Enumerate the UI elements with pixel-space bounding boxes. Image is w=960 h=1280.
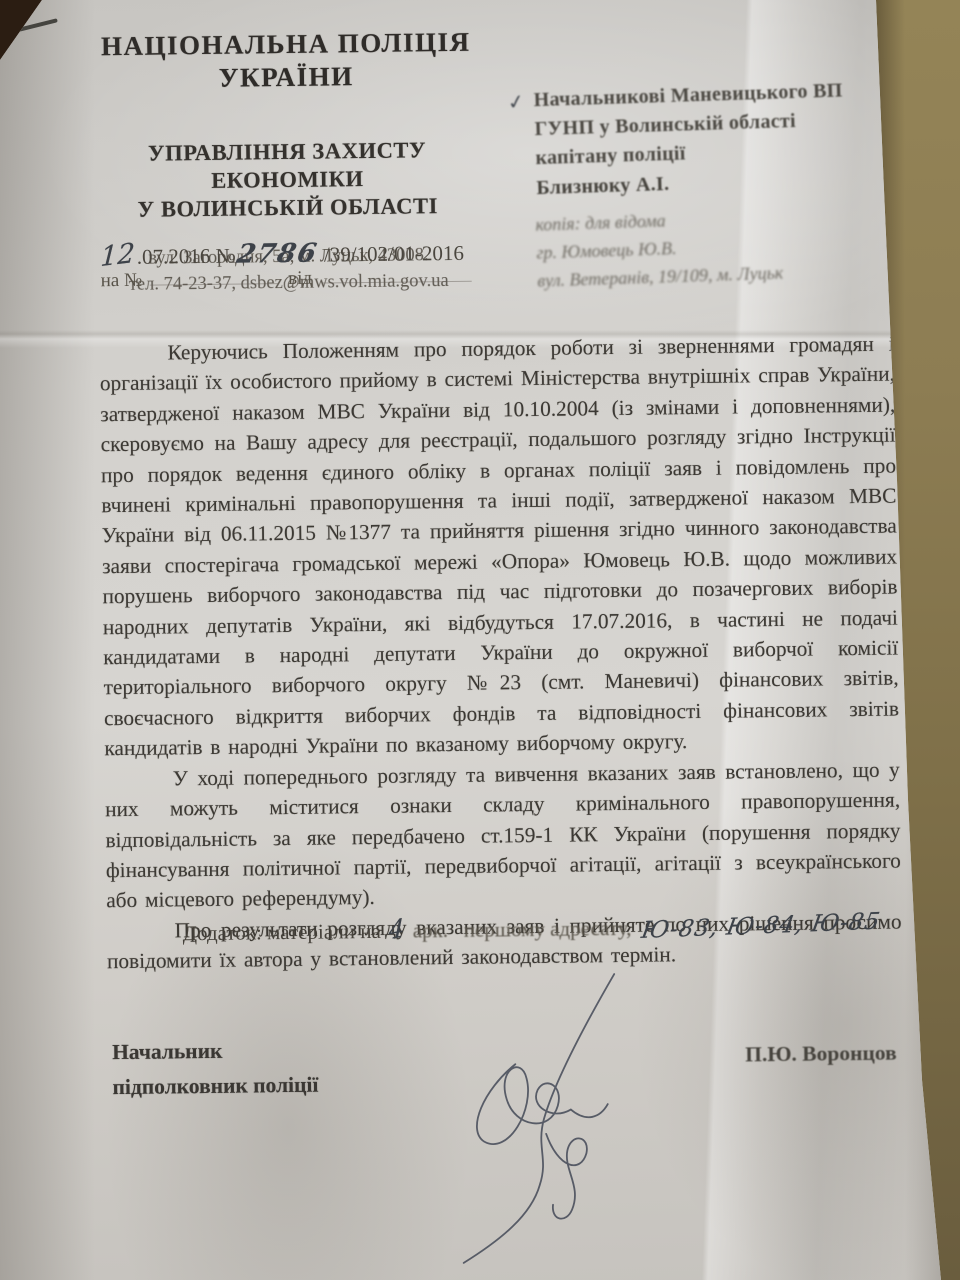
org-name-line1: НАЦІОНАЛЬНА ПОЛІЦІЯ bbox=[98, 26, 474, 64]
handwritten-outgoing-number: 2786 bbox=[235, 239, 321, 270]
org-name-line2: УКРАЇНИ bbox=[98, 59, 474, 97]
reply-prefix: на № bbox=[101, 270, 143, 292]
department-line1: УПРАВЛІННЯ ЗАХИСТУ ЕКОНОМІКИ bbox=[99, 136, 476, 197]
reply-vid-label: від bbox=[288, 268, 312, 289]
copy-block: копія: для відома гр. Юмовець Ю.В. вул. … bbox=[535, 199, 898, 295]
body-paragraph-2: У ході попереднього розгляду та вивчення… bbox=[105, 754, 902, 916]
paper-sheet: НАЦІОНАЛЬНА ПОЛІЦІЯ УКРАЇНИ УПРАВЛІННЯ З… bbox=[0, 0, 960, 1280]
body-paragraph-1: Керуючись Положенням про порядок роботи … bbox=[99, 329, 899, 764]
reference-suffix: /39/102/01-2016 bbox=[324, 241, 464, 267]
handwritten-day: 12 bbox=[100, 238, 136, 273]
signer-title-line2: підполковник поліції bbox=[112, 1068, 318, 1106]
attachment-printed-middle2: першому адресату, bbox=[464, 916, 632, 942]
attachment-printed-middle: арк. bbox=[413, 918, 449, 942]
attachment-printed-prefix: Додаток: матеріали на bbox=[183, 919, 381, 945]
photographed-letter: НАЦІОНАЛЬНА ПОЛІЦІЯ УКРАЇНИ УПРАВЛІННЯ З… bbox=[0, 0, 960, 1280]
letter-body: Керуючись Положенням про порядок роботи … bbox=[99, 329, 902, 977]
printed-date: .07.2016 № bbox=[137, 244, 236, 269]
blank-underline bbox=[322, 267, 472, 284]
department-line2: У ВОЛИНСЬКІЙ ОБЛАСТІ bbox=[100, 192, 476, 225]
signer-name: П.Ю. Воронцов bbox=[745, 1041, 897, 1068]
recipient-block: ✓ Начальникові Маневицького ВП ГУНП у Во… bbox=[511, 75, 894, 204]
letter-content: НАЦІОНАЛЬНА ПОЛІЦІЯ УКРАЇНИ УПРАВЛІННЯ З… bbox=[0, 0, 960, 1280]
signer-title: Начальник підполковник поліції bbox=[112, 1033, 319, 1106]
handwritten-page-count: 4 bbox=[389, 913, 405, 946]
handwritten-signature bbox=[436, 965, 720, 1273]
signer-title-line1: Начальник bbox=[112, 1033, 318, 1071]
blank-underline bbox=[150, 269, 278, 286]
